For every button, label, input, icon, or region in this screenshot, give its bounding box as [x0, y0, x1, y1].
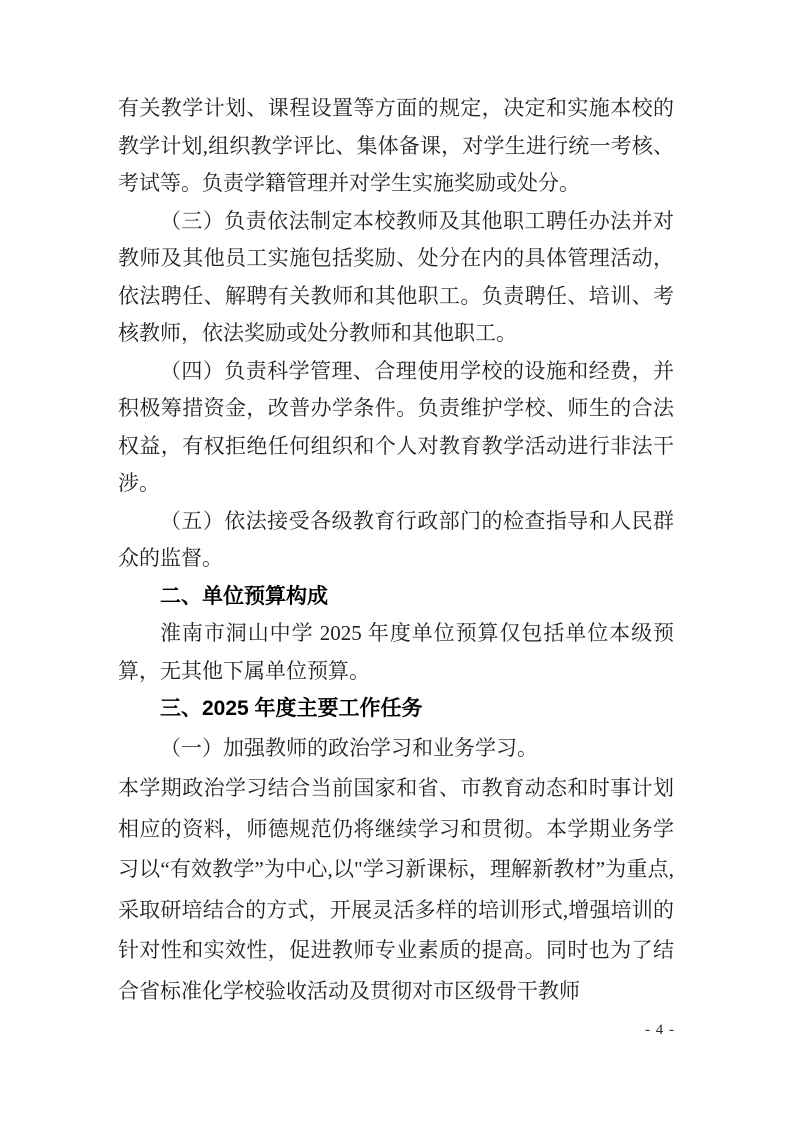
- section-heading-budget-composition: 二、单位预算构成: [118, 578, 674, 616]
- page-number: - 4 -: [628, 1022, 692, 1039]
- paragraph-item-4: （四）负责科学管理、合理使用学校的设施和经费，并积极筹措资金，改普办学条件。负责…: [118, 353, 674, 503]
- paragraph-budget-composition: 淮南市洞山中学 2025 年度单位预算仅包括单位本级预算，无其他下属单位预算。: [118, 615, 674, 690]
- paragraph-task-1-body: 本学期政治学习结合当前国家和省、市教育动态和时事计划相应的资料，师德规范仍将继续…: [118, 768, 674, 1011]
- paragraph-item-3: （三）负责依法制定本校教师及其他职工聘任办法并对教师及其他员工实施包括奖励、处分…: [118, 203, 674, 353]
- content-area: 有关教学计划、课程设置等方面的规定，决定和实施本校的教学计划,组织教学评比、集体…: [118, 90, 674, 1011]
- document-page: 有关教学计划、课程设置等方面的规定，决定和实施本校的教学计划,组织教学评比、集体…: [0, 0, 793, 1122]
- section-heading-2025-tasks: 三、2025 年度主要工作任务: [118, 690, 674, 728]
- paragraph-task-1-title: （一）加强教师的政治学习和业务学习。: [118, 728, 674, 769]
- paragraph-item-5: （五）依法接受各级教育行政部门的检查指导和人民群众的监督。: [118, 503, 674, 578]
- paragraph-continuation: 有关教学计划、课程设置等方面的规定，决定和实施本校的教学计划,组织教学评比、集体…: [118, 90, 674, 203]
